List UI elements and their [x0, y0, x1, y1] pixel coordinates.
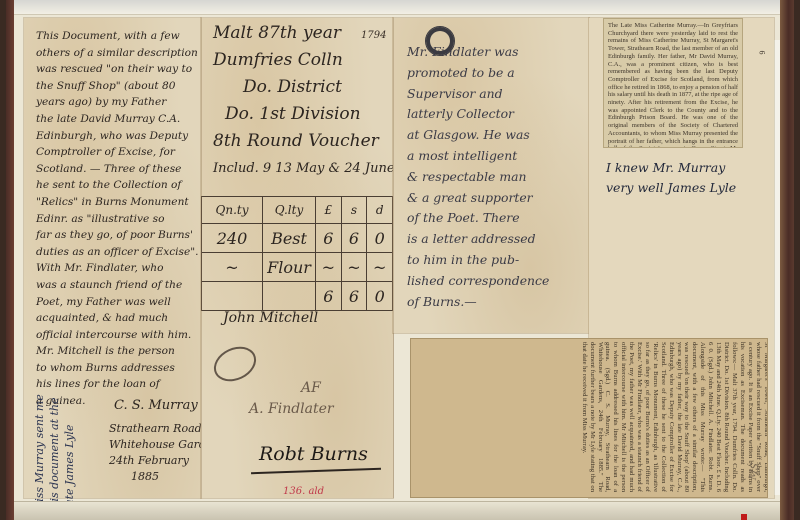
signature-underline [251, 468, 381, 475]
letter-line: far as they go, of poor Burns' [36, 227, 196, 244]
table-row: ~ Flour ~ ~ ~ [202, 253, 393, 282]
letter-body: This Document, with a few others of a si… [36, 28, 196, 410]
cell: ~ [367, 253, 393, 282]
table-row: 240 Best 6 6 0 [202, 224, 393, 253]
letter-line: was rescued "on their way to [36, 61, 196, 78]
voucher-header-line: Dumfries Colln [213, 47, 395, 74]
col-pence: d [367, 197, 393, 224]
letter-line: Edinr. as "illustrative so [36, 211, 196, 228]
lyle-attestation: I knew Mr. Murray very well James Lyle [606, 158, 736, 198]
voucher-header-line: 8th Round Voucher [213, 128, 395, 155]
table-row-total: 6 6 0 [202, 282, 393, 311]
note-body: Mr. Findlater was promoted to be a Super… [407, 42, 549, 312]
col-pounds: £ [316, 197, 342, 224]
letter-line: Mr. Mitchell is the person [36, 343, 196, 360]
note-line: & a great supporter [407, 188, 549, 209]
voucher-table: Qn.ty Q.lty £ s d 240 Best 6 6 0 ~ Flour… [201, 196, 393, 311]
cell: 0 [367, 282, 393, 311]
letter-line: others of a similar description [36, 45, 196, 62]
clipping-rotated-content: RELIC OF BURNS. INTERESTING DOCUMENT IN … [490, 338, 768, 496]
fold-line [393, 18, 394, 498]
mitchell-signature: John Mitchell [223, 310, 318, 326]
attestation-line: I knew Mr. Murray [606, 158, 736, 178]
letter-line: years ago) by my Father [36, 94, 196, 111]
note-line: Mr. Findlater was [407, 42, 549, 63]
col-quality: Q.lty [263, 197, 316, 224]
obituary-clipping: The Late Miss Catherine Murray.—In Greyf… [603, 18, 743, 148]
letter-line: This Document, with a few [36, 28, 196, 45]
letter-line: the late David Murray C.A. [36, 111, 196, 128]
note-line: promoted to be a [407, 63, 549, 84]
note-line: of the Poet. There [407, 208, 549, 229]
letter-line: Scotland. — Three of these [36, 161, 196, 178]
cell [202, 282, 263, 311]
note-line: to him in the pub- [407, 250, 549, 271]
voucher-header-line: Do. 1st Division [213, 101, 395, 128]
album-binding-right [780, 0, 794, 520]
cell: ~ [316, 253, 342, 282]
cell: 6 [341, 282, 367, 311]
cell: 240 [202, 224, 263, 253]
col-quantity: Qn.ty [202, 197, 263, 224]
voucher-year: 1794 [361, 30, 386, 41]
cell: ~ [202, 253, 263, 282]
page-bottom-edge [14, 501, 786, 520]
findlater-note-sheet: Mr. Findlater was promoted to be a Super… [393, 18, 589, 333]
album-binding-left [6, 0, 14, 520]
letter-line: official intercourse with him. [36, 327, 196, 344]
burns-excise-voucher: Malt 87th year Dumfries Colln Do. Distri… [201, 18, 393, 498]
murray-signature: C. S. Murray [114, 398, 198, 413]
fold-line [201, 18, 202, 498]
murray-letter-sheet: This Document, with a few others of a si… [24, 18, 201, 498]
af-initials: AF [301, 380, 321, 396]
letter-line: With Mr. Findlater, who [36, 260, 196, 277]
letter-line: Comptroller of Excise, for [36, 144, 196, 161]
note-line: of Burns.— [407, 292, 549, 313]
letter-line: "Relics" in Burns Monument [36, 194, 196, 211]
letter-line: Edinburgh, who was Deputy [36, 128, 196, 145]
note-line: lished correspondence [407, 271, 549, 292]
cell: 6 [341, 224, 367, 253]
cell: Flour [263, 253, 316, 282]
note-line: at Glasgow. He was [407, 125, 549, 146]
voucher-header-line: Do. District [213, 74, 395, 101]
cell [263, 282, 316, 311]
burns-signature: Robt Burns [259, 443, 368, 465]
note-line: is a letter addressed [407, 229, 549, 250]
archive-reference: 136. ald [283, 486, 324, 497]
clipping-side-number: 6 [758, 51, 767, 55]
voucher-table-header: Qn.ty Q.lty £ s d [202, 197, 393, 224]
page-top-edge [14, 0, 794, 15]
letter-line: he sent to the Collection of [36, 177, 196, 194]
findlater-signature: A. Findlater [249, 401, 334, 417]
attestation-line: very well James Lyle [606, 178, 736, 198]
col-shillings: s [341, 197, 367, 224]
cell: ~ [341, 253, 367, 282]
album-page: This Document, with a few others of a si… [6, 0, 794, 520]
voucher-header: Malt 87th year Dumfries Colln Do. Distri… [213, 20, 395, 182]
letter-line: to whom Burns addresses [36, 360, 196, 377]
lyle-vertical-note: Miss Murray sent me this document at the… [32, 383, 102, 513]
cell: 6 [316, 282, 342, 311]
clipping-body: An interesting document in the handwriti… [580, 342, 768, 492]
note-line: latterly Collector [407, 104, 549, 125]
note-line: & respectable man [407, 167, 549, 188]
letter-line: acquainted, & had much [36, 310, 196, 327]
letter-line: the Snuff Shop" (about 80 [36, 78, 196, 95]
letter-line: Poet, my Father was well [36, 294, 196, 311]
cell: Best [263, 224, 316, 253]
voucher-header-line: Includ. 9 13 May & 24 June [213, 155, 395, 182]
note-line: Supervisor and [407, 84, 549, 105]
note-line: a most intelligent [407, 146, 549, 167]
cell: 0 [367, 224, 393, 253]
flourish-mark [208, 340, 261, 388]
letter-line: was a staunch friend of the [36, 277, 196, 294]
relic-of-burns-clipping: RELIC OF BURNS. INTERESTING DOCUMENT IN … [410, 338, 768, 498]
letter-line: duties as an officer of Excise". [36, 244, 196, 261]
red-marker [741, 514, 747, 520]
cell: 6 [316, 224, 342, 253]
